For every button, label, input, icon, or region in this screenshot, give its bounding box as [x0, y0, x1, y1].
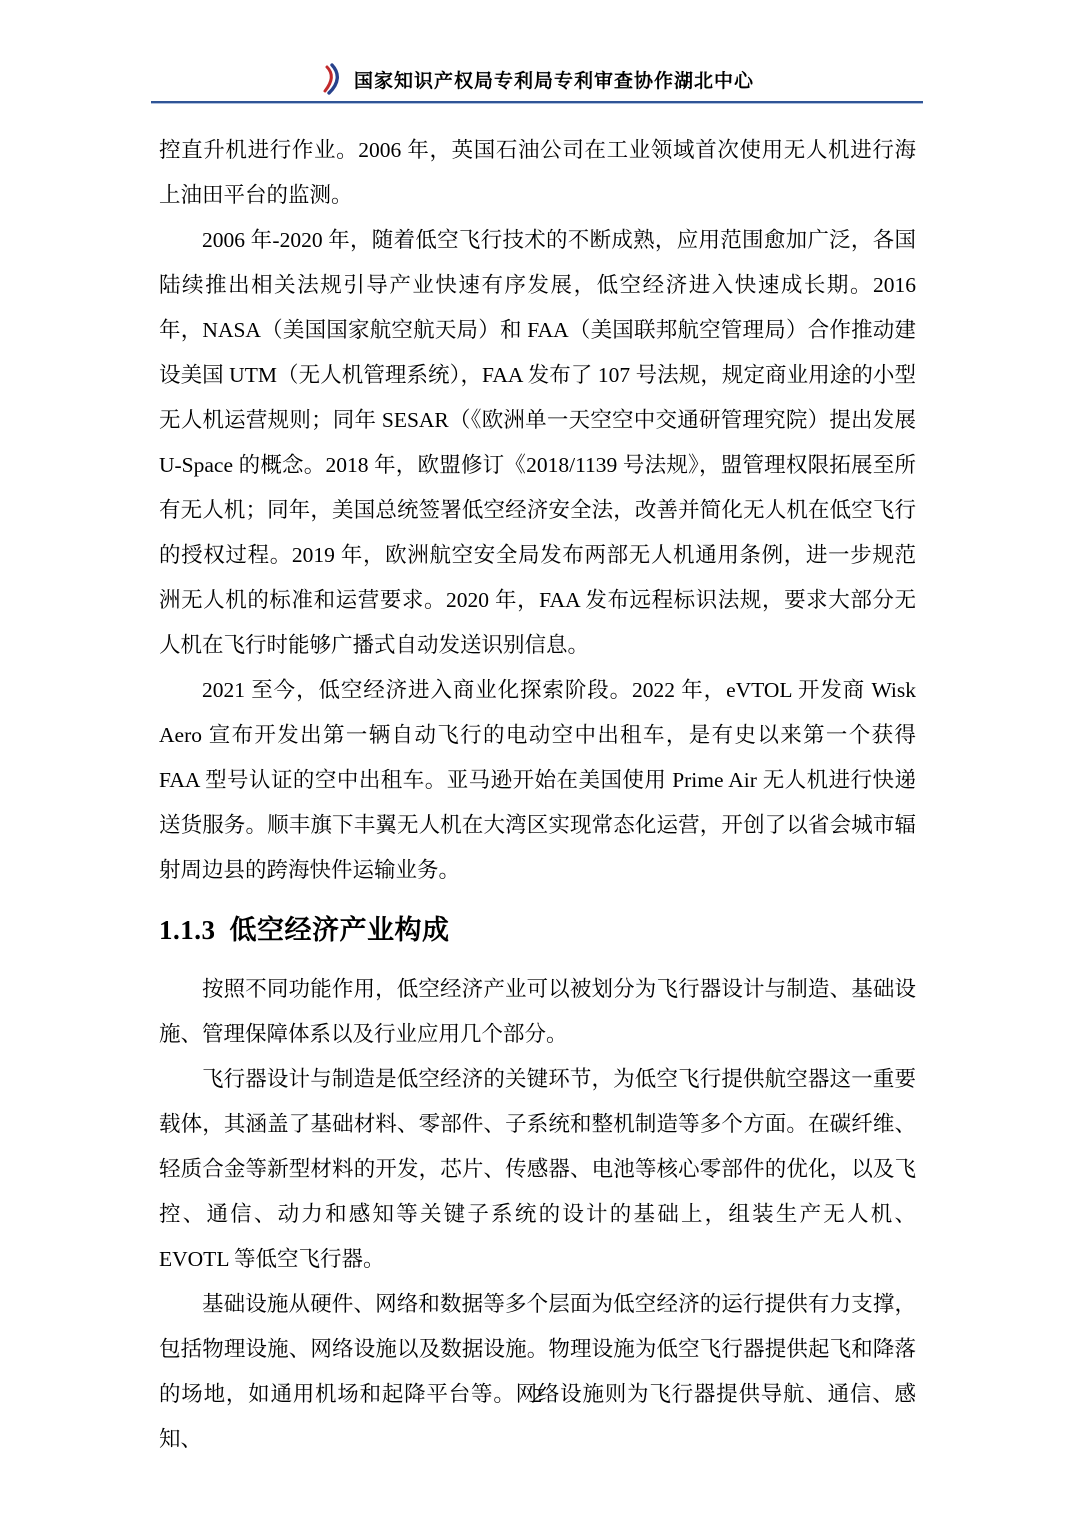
org-name: 国家知识产权局专利局专利审查协作湖北中心 [354, 66, 754, 93]
header-rule [151, 101, 923, 104]
section-heading: 1.1.3低空经济产业构成 [159, 904, 916, 956]
body-paragraph: 控直升机进行作业。2006 年，英国石油公司在工业领域首次使用无人机进行海上油田… [159, 128, 916, 218]
page-number: 2 [532, 1385, 542, 1407]
page-footer: 2 [0, 1385, 1074, 1520]
org-logo-icon [320, 63, 342, 95]
document-body: 控直升机进行作业。2006 年，英国石油公司在工业领域首次使用无人机进行海上油田… [159, 128, 916, 1462]
body-paragraph: 按照不同功能作用，低空经济产业可以被划分为飞行器设计与制造、基础设施、管理保障体… [159, 967, 916, 1057]
page-header: 国家知识产权局专利局专利审查协作湖北中心 [0, 62, 1074, 104]
body-paragraph: 2021 至今，低空经济进入商业化探索阶段。2022 年，eVTOL 开发商 W… [159, 668, 916, 893]
document-page: 国家知识产权局专利局专利审查协作湖北中心 控直升机进行作业。2006 年，英国石… [0, 0, 1074, 1520]
section-heading-number: 1.1.3 [159, 915, 216, 945]
body-paragraph: 2006 年-2020 年，随着低空飞行技术的不断成熟，应用范围愈加广泛，各国陆… [159, 218, 916, 668]
body-paragraph: 飞行器设计与制造是低空经济的关键环节，为低空飞行提供航空器这一重要载体，其涵盖了… [159, 1057, 916, 1282]
header-inner: 国家知识产权局专利局专利审查协作湖北中心 [0, 62, 1074, 96]
section-heading-title: 低空经济产业构成 [230, 915, 450, 945]
